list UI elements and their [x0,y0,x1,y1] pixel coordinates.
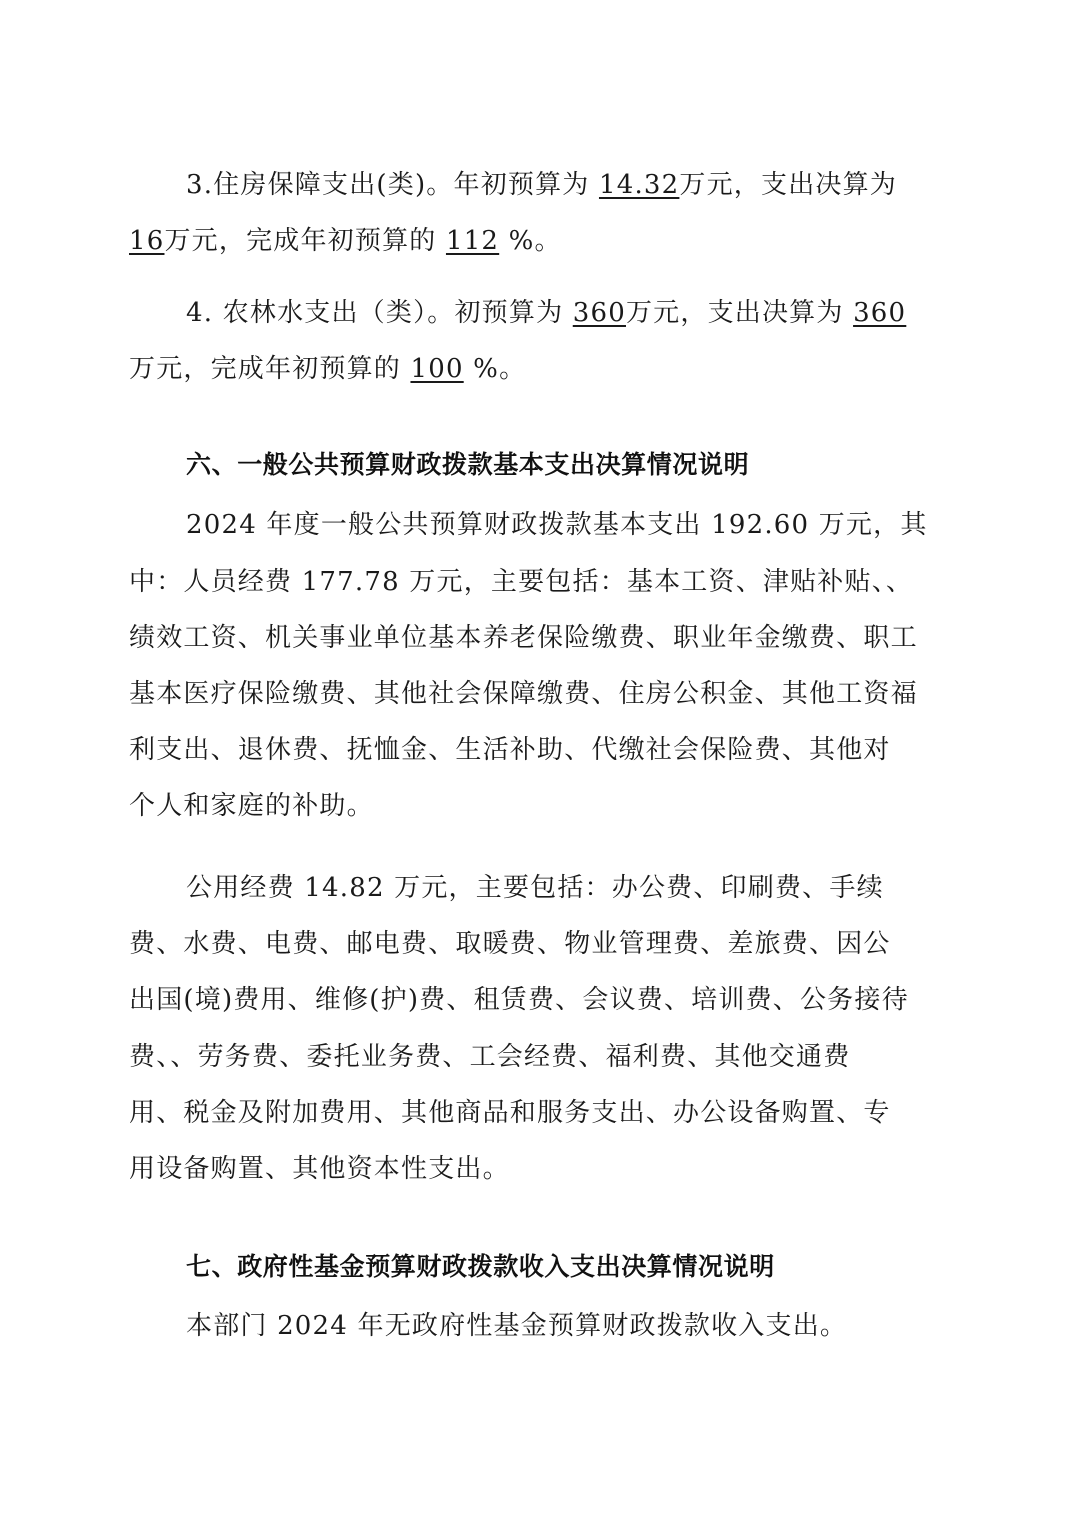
housing-final: 16 [129,226,164,256]
item-3-line-1: 3.住房保障支出(类)。年初预算为 14.32万元，支出决算为 [186,170,897,200]
public-expense-paragraph-line-2: 费、水费、电费、邮电费、取暖费、物业管理费、差旅费、因公 [129,929,891,959]
item-3-line-2: 16万元，完成年初预算的 112 %。 [129,226,562,256]
personnel-paragraph-line-5: 利支出、退休费、抚恤金、生活补助、代缴社会保险费、其他对 [129,735,891,765]
public-expense-paragraph-line-6: 用设备购置、其他资本性支出。 [129,1154,510,1184]
public-expense-paragraph-line-3: 出国(境)费用、维修(护)费、租赁费、会议费、培训费、公务接待 [129,985,909,1015]
section-6-heading: 六、一般公共预算财政拨款基本支出决算情况说明 [186,450,749,480]
public-expense-paragraph-line-5: 用、税金及附加费用、其他商品和服务支出、办公设备购置、专 [129,1098,891,1128]
section-7-paragraph: 本部门 2024 年无政府性基金预算财政拨款收入支出。 [186,1311,847,1341]
housing-completion-pct: 112 [446,226,499,256]
public-expense-paragraph-line-4: 费、、劳务费、委托业务费、工会经费、福利费、其他交通费 [129,1042,850,1072]
item-4-line-2: 万元，完成年初预算的 100 %。 [129,354,526,384]
agri-completion-pct: 100 [410,354,463,384]
housing-initial-budget: 14.32 [599,170,679,200]
personnel-paragraph-line-6: 个人和家庭的补助。 [129,791,374,821]
item-4-line-1: 4. 农林水支出（类）。初预算为 360万元，支出决算为 360 [186,298,906,328]
personnel-paragraph-line-2: 中：人员经费 177.78 万元，主要包括：基本工资、津贴补贴、、 [129,567,913,597]
section-7-heading: 七、政府性基金预算财政拨款收入支出决算情况说明 [186,1252,775,1282]
public-expense-paragraph-line-1: 公用经费 14.82 万元，主要包括：办公费、印刷费、手续 [186,873,884,903]
personnel-paragraph-line-4: 基本医疗保险缴费、其他社会保障缴费、住房公积金、其他工资福 [129,679,918,709]
personnel-paragraph-line-3: 绩效工资、机关事业单位基本养老保险缴费、职业年金缴费、职工 [129,623,918,653]
agri-initial-budget: 360 [573,298,626,328]
agri-final: 360 [853,298,906,328]
personnel-paragraph-line-1: 2024 年度一般公共预算财政拨款基本支出 192.60 万元，其 [186,510,928,540]
